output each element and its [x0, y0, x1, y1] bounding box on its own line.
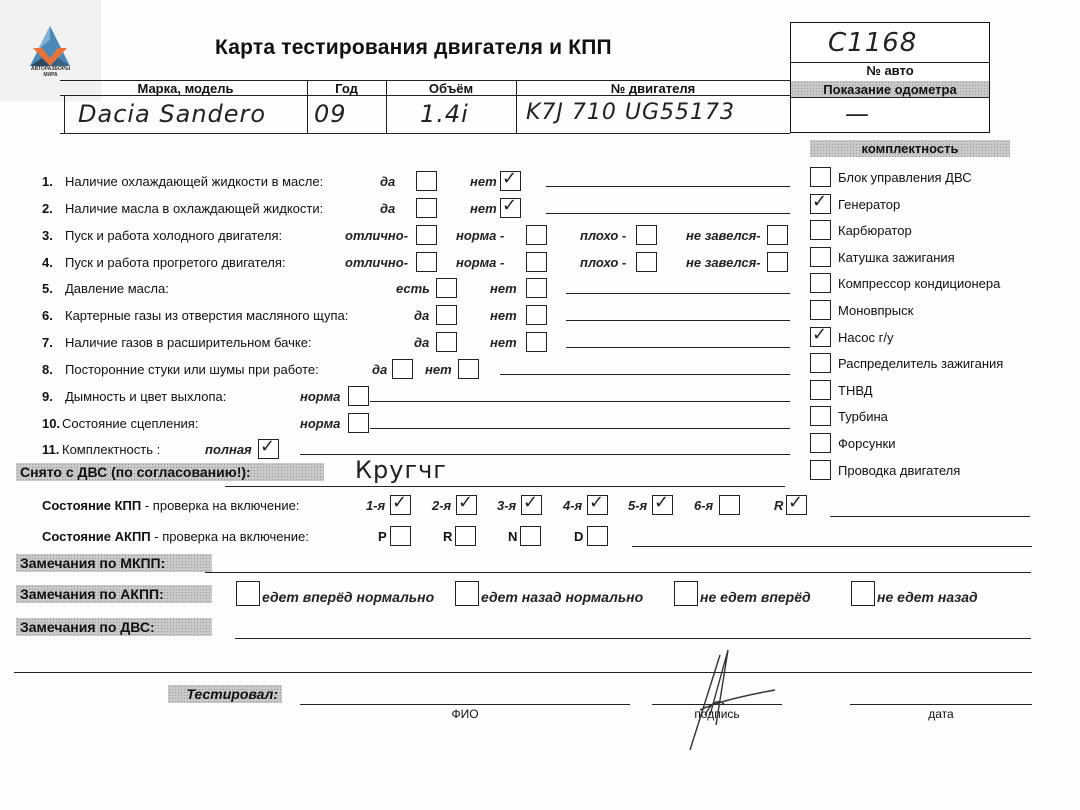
- year-value[interactable]: 09: [314, 100, 347, 128]
- completeness-item: Турбина: [838, 409, 888, 424]
- check-mark-icon: ✓: [788, 494, 803, 512]
- akpp-remarks-label: Замечания по АКПП:: [16, 585, 212, 603]
- option-label: нет: [425, 362, 452, 377]
- table-bottom-line: [60, 133, 790, 134]
- question-number: 10.: [42, 416, 60, 431]
- option-label: да: [414, 308, 429, 323]
- completeness-item: Компрессор кондиционера: [838, 276, 1000, 291]
- option-label: норма: [300, 416, 340, 431]
- option-label: да: [414, 335, 429, 350]
- akpp-remark-label: не едет вперёд: [700, 589, 811, 605]
- akpp-remark-label: едет назад нормально: [481, 589, 643, 605]
- akpp-remark-label: не едет назад: [877, 589, 978, 605]
- kpp-label: Состояние КПП - проверка на включение:: [42, 498, 299, 513]
- completeness-item: Форсунки: [838, 436, 895, 451]
- completeness-item: Проводка двигателя: [838, 463, 960, 478]
- odometer-label: Показание одометра: [791, 81, 989, 98]
- completeness-checkbox[interactable]: [810, 433, 831, 453]
- option-checkbox[interactable]: [436, 332, 457, 352]
- page-title: Карта тестирования двигателя и КПП: [215, 36, 612, 60]
- table-left-line: [64, 96, 65, 133]
- option-label: да: [380, 174, 395, 189]
- question-text: Давление масла:: [65, 281, 169, 296]
- akpp-label: Состояние АКПП - проверка на включение:: [42, 529, 309, 544]
- check-mark-icon: ✓: [458, 494, 473, 512]
- option-label: норма -: [456, 228, 504, 243]
- question-number: 5.: [42, 281, 53, 296]
- removed-label: Снято с ДВС (по согласованию!):: [16, 463, 324, 481]
- col-header-year: Год: [307, 81, 386, 96]
- removed-line: [225, 486, 785, 487]
- dvs-remarks-label: Замечания по ДВС:: [16, 618, 212, 636]
- check-mark-icon: ✓: [589, 494, 604, 512]
- gear-label: 2-я: [432, 498, 451, 513]
- option-label: плохо -: [580, 255, 626, 270]
- check-mark-icon: ✓: [654, 494, 669, 512]
- option-label: не завелся-: [686, 228, 761, 243]
- option-label: да: [380, 201, 395, 216]
- answer-line[interactable]: [566, 347, 790, 348]
- option-label: плохо -: [580, 228, 626, 243]
- question-text: Наличие газов в расширительном бачке:: [65, 335, 312, 350]
- option-checkbox[interactable]: [392, 359, 413, 379]
- option-checkbox[interactable]: [526, 225, 547, 245]
- option-checkbox[interactable]: [348, 386, 369, 406]
- option-checkbox[interactable]: [526, 305, 547, 325]
- akpp-position-checkbox[interactable]: [520, 526, 541, 546]
- option-checkbox[interactable]: [767, 252, 788, 272]
- akpp-remark-checkbox[interactable]: [236, 581, 260, 606]
- car-number-value[interactable]: C1168: [828, 28, 917, 58]
- mkpp-remarks-line[interactable]: [205, 572, 1031, 573]
- question-number: 9.: [42, 389, 53, 404]
- option-label: да: [372, 362, 387, 377]
- odometer-line: [790, 97, 990, 98]
- option-label: отлично-: [345, 255, 408, 270]
- completeness-item: Блок управления ДВС: [838, 170, 972, 185]
- completeness-item: ТНВД: [838, 383, 873, 398]
- option-checkbox[interactable]: [436, 278, 457, 298]
- akpp-position-label: R: [443, 529, 452, 544]
- col-header-volume: Объём: [386, 81, 516, 96]
- logo-text-2: МИРА: [0, 72, 101, 78]
- option-label: полная: [205, 442, 252, 457]
- option-checkbox[interactable]: ✓: [500, 171, 521, 191]
- gear-checkbox[interactable]: ✓: [587, 495, 608, 515]
- completeness-item: Катушка зажигания: [838, 250, 955, 265]
- check-mark-icon: ✓: [812, 326, 827, 344]
- option-label: нет: [490, 308, 517, 323]
- question-number: 6.: [42, 308, 53, 323]
- option-checkbox[interactable]: [416, 225, 437, 245]
- completeness-checkbox[interactable]: [810, 353, 831, 373]
- option-checkbox[interactable]: [458, 359, 479, 379]
- completeness-item: Распределитель зажигания: [838, 356, 1003, 371]
- option-checkbox[interactable]: [636, 225, 657, 245]
- col-header-engine-no: № двигателя: [516, 81, 790, 96]
- akpp-remark-checkbox[interactable]: [674, 581, 698, 606]
- akpp-line: [632, 546, 1032, 547]
- option-label: норма: [300, 389, 340, 404]
- option-label: нет: [490, 335, 517, 350]
- gear-label: 6-я: [694, 498, 713, 513]
- model-value[interactable]: Dacia Sandero: [78, 100, 266, 128]
- gear-checkbox[interactable]: [719, 495, 740, 515]
- completeness-checkbox[interactable]: [810, 460, 831, 480]
- answer-line[interactable]: [300, 454, 790, 455]
- completeness-item: Моновпрыск: [838, 303, 913, 318]
- gear-label: 1-я: [366, 498, 385, 513]
- gear-checkbox[interactable]: ✓: [390, 495, 411, 515]
- option-checkbox[interactable]: [526, 252, 547, 272]
- option-checkbox[interactable]: [348, 413, 369, 433]
- gear-checkbox[interactable]: ✓: [521, 495, 542, 515]
- option-checkbox[interactable]: [767, 225, 788, 245]
- answer-line[interactable]: [546, 213, 790, 214]
- tested-label: Тестировал:: [168, 685, 282, 703]
- akpp-remark-checkbox[interactable]: [455, 581, 479, 606]
- volume-value[interactable]: 1.4i: [420, 100, 469, 128]
- question-number: 4.: [42, 255, 53, 270]
- gear-label: 5-я: [628, 498, 647, 513]
- question-text: Пуск и работа холодного двигателя:: [65, 228, 282, 243]
- akpp-position-label: D: [574, 529, 583, 544]
- date-line[interactable]: [850, 704, 1032, 705]
- option-label: отлично-: [345, 228, 408, 243]
- completeness-checkbox[interactable]: [810, 167, 831, 187]
- odometer-value[interactable]: —: [845, 100, 870, 128]
- question-text: Картерные газы из отверстия масляного щу…: [65, 308, 348, 323]
- answer-line[interactable]: [566, 293, 790, 294]
- option-checkbox[interactable]: [526, 332, 547, 352]
- option-label: нет: [490, 281, 517, 296]
- check-mark-icon: ✓: [523, 494, 538, 512]
- question-number: 3.: [42, 228, 53, 243]
- dvs-remarks-line[interactable]: [235, 638, 1031, 639]
- question-text: Пуск и работа прогретого двигателя:: [65, 255, 285, 270]
- divider-line: [14, 672, 1032, 673]
- answer-line[interactable]: [566, 320, 790, 321]
- option-checkbox[interactable]: ✓: [258, 439, 279, 459]
- date-label: дата: [850, 707, 1032, 721]
- answer-line[interactable]: [546, 186, 790, 187]
- akpp-position-checkbox[interactable]: [587, 526, 608, 546]
- removed-value[interactable]: Кругчг: [355, 456, 447, 484]
- check-mark-icon: ✓: [392, 494, 407, 512]
- option-label: нет: [470, 174, 497, 189]
- akpp-position-checkbox[interactable]: [455, 526, 476, 546]
- completeness-item: Генератор: [838, 197, 900, 212]
- option-label: нет: [470, 201, 497, 216]
- akpp-position-label: P: [378, 529, 387, 544]
- completeness-header: комплектность: [810, 140, 1010, 157]
- option-checkbox[interactable]: [416, 252, 437, 272]
- option-checkbox[interactable]: [416, 198, 437, 218]
- answer-line[interactable]: [370, 401, 790, 402]
- col-header-model: Марка, модель: [64, 81, 307, 96]
- question-number: 8.: [42, 362, 53, 377]
- akpp-position-label: N: [508, 529, 517, 544]
- gear-label: 4-я: [563, 498, 582, 513]
- option-checkbox[interactable]: [436, 305, 457, 325]
- completeness-checkbox[interactable]: [810, 300, 831, 320]
- completeness-checkbox[interactable]: ✓: [810, 194, 831, 214]
- option-checkbox[interactable]: [526, 278, 547, 298]
- akpp-remark-label: едет вперёд нормально: [262, 589, 434, 605]
- signature-scribble: [680, 645, 780, 755]
- completeness-item: Карбюратор: [838, 223, 912, 238]
- question-text: Наличие масла в охлаждающей жидкости:: [65, 201, 323, 216]
- completeness-checkbox[interactable]: [810, 273, 831, 293]
- completeness-checkbox[interactable]: [810, 406, 831, 426]
- question-number: 11.: [42, 442, 59, 457]
- answer-line[interactable]: [500, 374, 790, 375]
- gear-checkbox[interactable]: ✓: [456, 495, 477, 515]
- fio-label: ФИО: [300, 707, 630, 721]
- question-number: 2.: [42, 201, 53, 216]
- check-mark-icon: ✓: [502, 197, 517, 215]
- completeness-checkbox[interactable]: [810, 247, 831, 267]
- fio-line[interactable]: [300, 704, 630, 705]
- option-checkbox[interactable]: ✓: [500, 198, 521, 218]
- option-checkbox[interactable]: [416, 171, 437, 191]
- question-text: Состояние сцепления:: [62, 416, 198, 431]
- gear-checkbox[interactable]: ✓: [786, 495, 807, 515]
- completeness-checkbox[interactable]: [810, 380, 831, 400]
- answer-line[interactable]: [370, 428, 790, 429]
- option-label: не завелся-: [686, 255, 761, 270]
- question-text: Наличие охлаждающей жидкости в масле:: [65, 174, 323, 189]
- question-text: Посторонние стуки или шумы при работе:: [65, 362, 319, 377]
- question-number: 1.: [42, 174, 53, 189]
- check-mark-icon: ✓: [812, 193, 827, 211]
- option-checkbox[interactable]: [636, 252, 657, 272]
- option-label: есть: [396, 281, 430, 296]
- mkpp-remarks-label: Замечания по МКПП:: [16, 554, 212, 572]
- question-text: Комплектность :: [62, 442, 160, 457]
- question-number: 7.: [42, 335, 53, 350]
- kpp-line: [830, 516, 1030, 517]
- option-label: норма -: [456, 255, 504, 270]
- akpp-remark-checkbox[interactable]: [851, 581, 875, 606]
- completeness-checkbox[interactable]: [810, 220, 831, 240]
- gear-label: 3-я: [497, 498, 516, 513]
- car-number-label: № авто: [790, 63, 990, 78]
- gear-label: R: [774, 498, 783, 513]
- engine-number-value[interactable]: K7J 710 UG55173: [526, 100, 735, 125]
- check-mark-icon: ✓: [260, 438, 275, 456]
- completeness-item: Насос г/у: [838, 330, 893, 345]
- check-mark-icon: ✓: [502, 170, 517, 188]
- completeness-checkbox[interactable]: ✓: [810, 327, 831, 347]
- akpp-position-checkbox[interactable]: [390, 526, 411, 546]
- question-text: Дымность и цвет выхлопа:: [65, 389, 226, 404]
- gear-checkbox[interactable]: ✓: [652, 495, 673, 515]
